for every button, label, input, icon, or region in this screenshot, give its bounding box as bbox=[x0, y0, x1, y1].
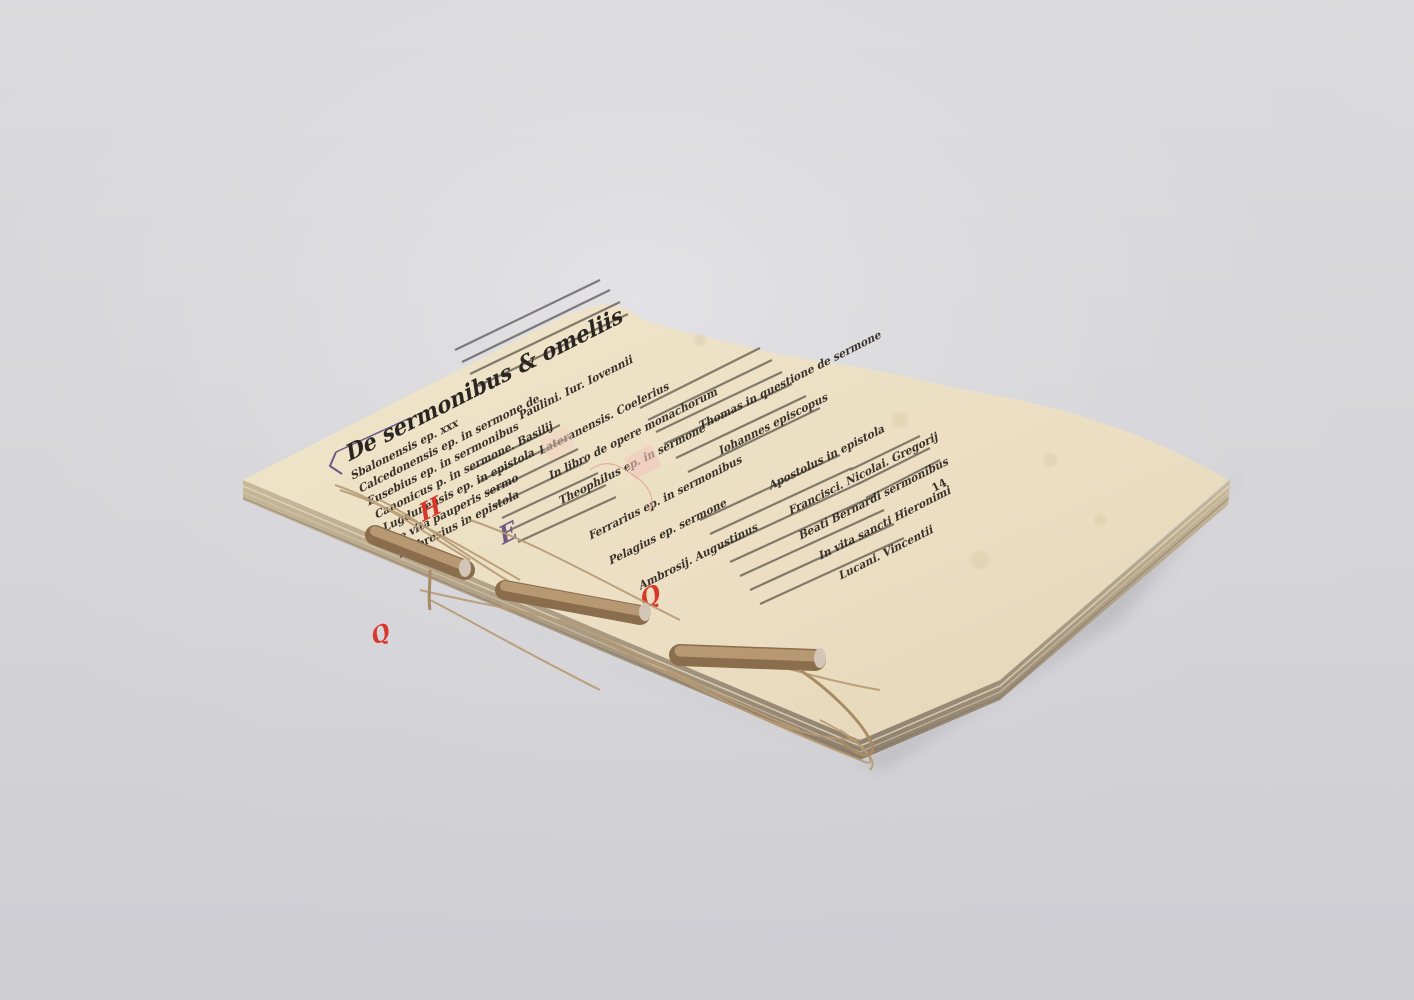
photo-scene: De sermonibus & omeliis Sbalonensis ep. … bbox=[0, 0, 1414, 1000]
cord-wrap-3 bbox=[680, 648, 826, 668]
book-photo: De sermonibus & omeliis Sbalonensis ep. … bbox=[0, 0, 1414, 1000]
